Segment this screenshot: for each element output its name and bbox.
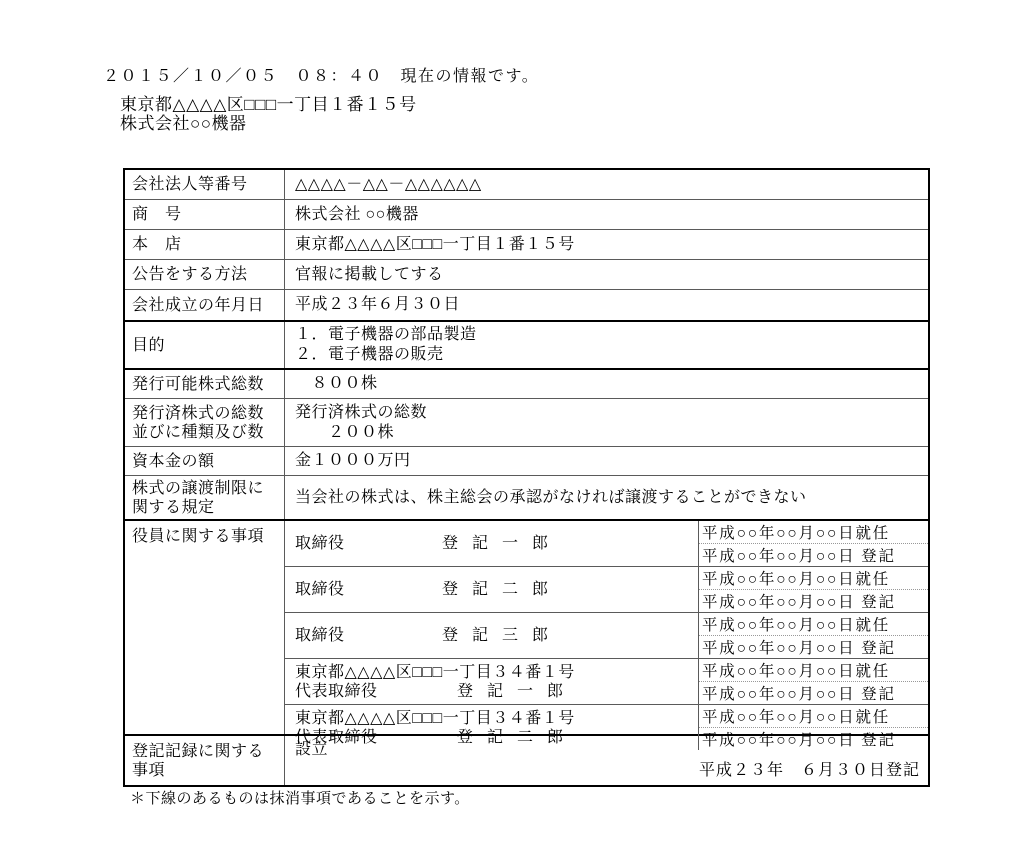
corporate-number-value: △△△△－△△－△△△△△△ [285, 170, 928, 199]
row-capital: 資本金の額 金１０００万円 [125, 447, 928, 476]
share-transfer-restriction-label-line-2: 関する規定 [132, 498, 280, 517]
corporate-number-label: 会社法人等番号 [125, 170, 285, 199]
officer-1-appointment-date: 平成○○年○○月○○日就任 [699, 521, 928, 544]
officer-3-dates: 平成○○年○○月○○日就任 平成○○年○○月○○日 登記 [698, 613, 928, 658]
officer-2-name: 登 記 二 郎 [442, 581, 549, 598]
row-public-notice-method: 公告をする方法 官報に掲載してする [125, 260, 928, 290]
row-incorporation-date: 会社成立の年月日 平成２３年６月３０日 [125, 290, 928, 322]
registry-table: 会社法人等番号 △△△△－△△－△△△△△△ 商 号 株式会社 ○○機器 本 店… [123, 168, 930, 787]
issued-shares-label-line-1: 発行済株式の総数 [132, 404, 280, 423]
officer-3-title: 取締役 [295, 626, 442, 645]
purpose-label: 目的 [125, 322, 285, 368]
officer-2-dates: 平成○○年○○月○○日就任 平成○○年○○月○○日 登記 [698, 567, 928, 612]
officer-5-address: 東京都△△△△区□□□一丁目３４番１号 [295, 709, 692, 728]
officer-1-title-name: 取締役登 記 一 郎 [295, 534, 692, 553]
officer-3-title-name: 取締役登 記 三 郎 [295, 626, 692, 645]
purpose-line-2: ２．電子機器の販売 [295, 345, 920, 365]
status-line: ２０１５／１０／０５ ０８：４０ 現在の情報です。 [103, 63, 539, 86]
officer-entry-2: 取締役登 記 二 郎 平成○○年○○月○○日就任 平成○○年○○月○○日 登記 [285, 567, 928, 613]
authorized-shares-value: ８００株 [285, 370, 928, 398]
row-corporate-number: 会社法人等番号 △△△△－△△－△△△△△△ [125, 170, 928, 200]
officer-4-registration-date: 平成○○年○○月○○日 登記 [699, 682, 928, 705]
officer-entry-4: 東京都△△△△区□□□一丁目３４番１号 代表取締役登 記 一 郎 平成○○年○○… [285, 659, 928, 705]
officer-3-registration-date: 平成○○年○○月○○日 登記 [699, 636, 928, 659]
officer-3-appointment-date: 平成○○年○○月○○日就任 [699, 613, 928, 636]
trade-name-value: 株式会社 ○○機器 [285, 200, 928, 229]
footnote: ＊下線のあるものは抹消事項であることを示す。 [130, 787, 470, 808]
officer-1-name-cell: 取締役登 記 一 郎 [285, 521, 698, 566]
officer-1-name: 登 記 一 郎 [442, 535, 549, 552]
head-office-value: 東京都△△△△区□□□一丁目１番１５号 [285, 230, 928, 259]
addressee-block: 東京都△△△△区□□□一丁目１番１５号 株式会社○○機器 [120, 95, 417, 133]
recipient-company-name: 株式会社○○機器 [120, 114, 417, 133]
officer-4-dates: 平成○○年○○月○○日就任 平成○○年○○月○○日 登記 [698, 659, 928, 704]
issued-shares-value: 発行済株式の総数 ２００株 [285, 399, 928, 446]
purpose-value: １．電子機器の部品製造 ２．電子機器の販売 [285, 322, 928, 368]
recipient-address: 東京都△△△△区□□□一丁目１番１５号 [120, 95, 417, 114]
issued-shares-label-line-2: 並びに種類及び数 [132, 423, 280, 442]
trade-name-label: 商 号 [125, 200, 285, 229]
officer-2-registration-date: 平成○○年○○月○○日 登記 [699, 590, 928, 613]
officer-4-title: 代表取締役 [295, 682, 457, 701]
purpose-line-1: １．電子機器の部品製造 [295, 325, 920, 345]
registry-record-label-line-1: 登記記録に関する [132, 742, 280, 761]
officer-5-appointment-date: 平成○○年○○月○○日就任 [699, 705, 928, 728]
officer-4-title-name: 代表取締役登 記 一 郎 [295, 682, 692, 701]
public-notice-method-label: 公告をする方法 [125, 260, 285, 289]
officer-3-name-cell: 取締役登 記 三 郎 [285, 613, 698, 658]
issued-shares-value-line-2: ２００株 [295, 423, 920, 443]
officers-label: 役員に関する事項 [125, 521, 285, 734]
row-trade-name: 商 号 株式会社 ○○機器 [125, 200, 928, 230]
capital-label: 資本金の額 [125, 447, 285, 475]
officer-1-registration-date: 平成○○年○○月○○日 登記 [699, 544, 928, 567]
row-authorized-shares: 発行可能株式総数 ８００株 [125, 370, 928, 399]
officer-entry-3: 取締役登 記 三 郎 平成○○年○○月○○日就任 平成○○年○○月○○日 登記 [285, 613, 928, 659]
registry-certificate-page: ２０１５／１０／０５ ０８：４０ 現在の情報です。 東京都△△△△区□□□一丁目… [0, 0, 1024, 864]
officer-entry-1: 取締役登 記 一 郎 平成○○年○○月○○日就任 平成○○年○○月○○日 登記 [285, 521, 928, 567]
officer-1-dates: 平成○○年○○月○○日就任 平成○○年○○月○○日 登記 [698, 521, 928, 566]
issued-shares-label: 発行済株式の総数 並びに種類及び数 [125, 399, 285, 446]
officers-entries: 取締役登 記 一 郎 平成○○年○○月○○日就任 平成○○年○○月○○日 登記 … [285, 521, 928, 734]
registry-record-label-line-2: 事項 [132, 761, 280, 780]
registry-record-value-cell: 設立 平成２３年 ６月３０日登記 [285, 736, 928, 785]
officer-4-appointment-date: 平成○○年○○月○○日就任 [699, 659, 928, 682]
public-notice-method-value: 官報に掲載してする [285, 260, 928, 289]
share-transfer-restriction-label: 株式の譲渡制限に 関する規定 [125, 476, 285, 519]
officer-2-title: 取締役 [295, 580, 442, 599]
officer-3-name: 登 記 三 郎 [442, 627, 549, 644]
officer-2-title-name: 取締役登 記 二 郎 [295, 580, 692, 599]
incorporation-date-value: 平成２３年６月３０日 [285, 290, 928, 320]
share-transfer-restriction-value: 当会社の株式は、株主総会の承認がなければ譲渡することができない [285, 476, 928, 519]
authorized-shares-label: 発行可能株式総数 [125, 370, 285, 398]
row-officers: 役員に関する事項 取締役登 記 一 郎 平成○○年○○月○○日就任 平成○○年○… [125, 521, 928, 736]
issued-shares-value-line-1: 発行済株式の総数 [295, 403, 920, 423]
registry-record-registered-date: 平成２３年 ６月３０日登記 [699, 761, 920, 781]
registry-record-label: 登記記録に関する 事項 [125, 736, 285, 785]
officer-4-address: 東京都△△△△区□□□一丁目３４番１号 [295, 663, 692, 682]
officer-2-appointment-date: 平成○○年○○月○○日就任 [699, 567, 928, 590]
row-head-office: 本 店 東京都△△△△区□□□一丁目１番１５号 [125, 230, 928, 260]
row-share-transfer-restriction: 株式の譲渡制限に 関する規定 当会社の株式は、株主総会の承認がなければ譲渡するこ… [125, 476, 928, 521]
officer-4-name: 登 記 一 郎 [457, 683, 564, 700]
row-purpose: 目的 １．電子機器の部品製造 ２．電子機器の販売 [125, 322, 928, 370]
officer-4-name-cell: 東京都△△△△区□□□一丁目３４番１号 代表取締役登 記 一 郎 [285, 659, 698, 704]
share-transfer-restriction-label-line-1: 株式の譲渡制限に [132, 479, 280, 498]
officer-2-name-cell: 取締役登 記 二 郎 [285, 567, 698, 612]
registry-record-value: 設立 [295, 740, 920, 760]
head-office-label: 本 店 [125, 230, 285, 259]
incorporation-date-label: 会社成立の年月日 [125, 290, 285, 320]
row-issued-shares: 発行済株式の総数 並びに種類及び数 発行済株式の総数 ２００株 [125, 399, 928, 447]
capital-value: 金１０００万円 [285, 447, 928, 475]
row-registry-record: 登記記録に関する 事項 設立 平成２３年 ６月３０日登記 [125, 736, 928, 785]
officer-1-title: 取締役 [295, 534, 442, 553]
